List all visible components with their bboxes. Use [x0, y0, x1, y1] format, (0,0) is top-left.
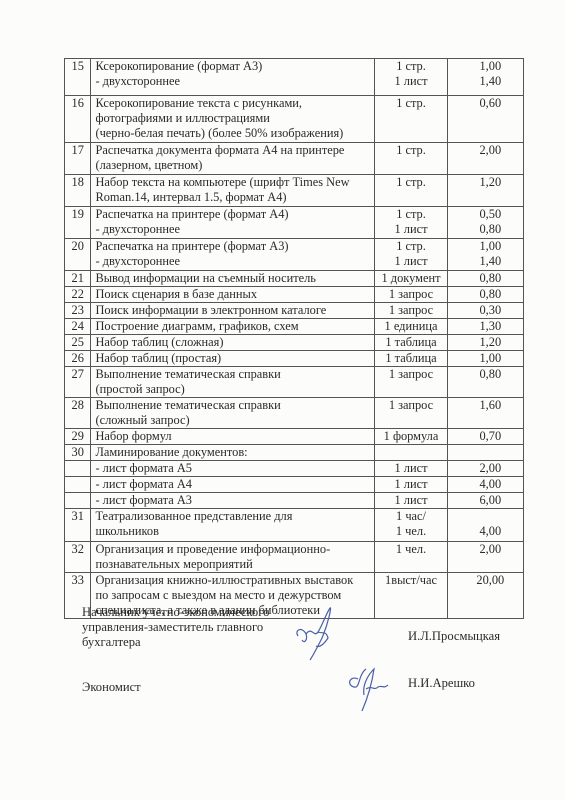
- service-name: Распечатка документа формата А4 на принт…: [91, 143, 375, 175]
- unit-of-measure: [375, 445, 447, 461]
- unit-of-measure-line: 1 документ: [377, 271, 444, 286]
- service-name-line: Ламинирование документов:: [95, 445, 370, 460]
- unit-of-measure-line: 1 стр.: [377, 239, 444, 254]
- unit-of-measure: 1 стр.1 лист: [375, 59, 447, 96]
- unit-of-measure: 1 запрос: [375, 398, 447, 429]
- price-value-line: 0,80: [458, 271, 523, 286]
- unit-of-measure: 1 таблица: [375, 335, 447, 351]
- service-name-line: Поиск информации в электронном каталоге: [95, 303, 370, 318]
- document-page: 15Ксерокопирование (формат А3)- двухстор…: [0, 0, 565, 800]
- unit-of-measure: 1 запрос: [375, 367, 447, 398]
- price-value: 0,80: [447, 367, 523, 398]
- unit-of-measure: 1 час/1 чел.: [375, 509, 447, 542]
- unit-of-measure: 1 запрос: [375, 287, 447, 303]
- unit-of-measure-line: 1 таблица: [377, 351, 444, 366]
- table-row: 30Ламинирование документов:: [65, 445, 524, 461]
- service-name: Набор таблиц (сложная): [91, 335, 375, 351]
- row-number: 29: [65, 429, 91, 445]
- unit-of-measure-line: 1 лист: [377, 477, 444, 492]
- price-value: 1,00: [447, 351, 523, 367]
- table-row: 29Набор формул1 формула0,70: [65, 429, 524, 445]
- service-name-line: по запросам с выездом на место и дежурст…: [95, 588, 370, 603]
- price-value-line: 0,80: [458, 222, 523, 237]
- row-number: 30: [65, 445, 91, 461]
- service-name-line: - лист формата А5: [95, 461, 370, 476]
- unit-of-measure-line: 1выст/час: [377, 573, 444, 588]
- service-name-line: (черно-белая печать) (более 50% изображе…: [95, 126, 370, 141]
- price-value: 2,00: [447, 461, 523, 477]
- signatory-2-title: Экономист: [82, 680, 141, 695]
- unit-of-measure-line: 1 час/: [377, 509, 444, 524]
- row-number: 26: [65, 351, 91, 367]
- row-number: [65, 477, 91, 493]
- service-name-line: Выполнение тематическая справки: [95, 398, 370, 413]
- price-value: 0,80: [447, 271, 523, 287]
- price-value: 1,20: [447, 335, 523, 351]
- price-value: 1,20: [447, 175, 523, 207]
- table-row: - лист формата А51 лист2,00: [65, 461, 524, 477]
- service-name: Ксерокопирование текста с рисунками,фото…: [91, 96, 375, 143]
- service-name-line: Распечатка на принтере (формат А4): [95, 207, 370, 222]
- service-name: Ксерокопирование (формат А3)- двухсторон…: [91, 59, 375, 96]
- table-row: 27Выполнение тематическая справки(просто…: [65, 367, 524, 398]
- row-number: [65, 493, 91, 509]
- price-value-line: 0,70: [458, 429, 523, 444]
- service-name-line: Ксерокопирование текста с рисунками,: [95, 96, 370, 111]
- row-number: 28: [65, 398, 91, 429]
- row-number: [65, 461, 91, 477]
- unit-of-measure: 1 лист: [375, 461, 447, 477]
- unit-of-measure: 1 единица: [375, 319, 447, 335]
- price-value-line: 1,00: [458, 59, 523, 74]
- row-number: 31: [65, 509, 91, 542]
- unit-of-measure: 1 формула: [375, 429, 447, 445]
- service-name-line: - лист формата А4: [95, 477, 370, 492]
- price-value-line: 1,40: [458, 254, 523, 269]
- service-name-line: Roman.14, интервал 1.5, формат А4): [95, 190, 370, 205]
- table-row: - лист формата А41 лист4,00: [65, 477, 524, 493]
- unit-of-measure: 1 стр.: [375, 175, 447, 207]
- price-value: 1,001,40: [447, 59, 523, 96]
- service-name-line: Поиск сценария в базе данных: [95, 287, 370, 302]
- service-name-line: школьников: [95, 524, 370, 539]
- row-number: 17: [65, 143, 91, 175]
- price-value: [447, 445, 523, 461]
- price-value-line: [458, 445, 523, 460]
- signatory-1-title-line: бухгалтера: [82, 635, 292, 650]
- unit-of-measure-line: 1 лист: [377, 461, 444, 476]
- table-row: 26Набор таблиц (простая)1 таблица1,00: [65, 351, 524, 367]
- unit-of-measure-line: 1 лист: [377, 493, 444, 508]
- unit-of-measure: 1 стр.: [375, 96, 447, 143]
- service-name-line: Набор таблиц (сложная): [95, 335, 370, 350]
- table-row: - лист формата А31 лист6,00: [65, 493, 524, 509]
- service-name: Набор текста на компьютере (шрифт Times …: [91, 175, 375, 207]
- service-name-line: - двухстороннее: [95, 222, 370, 237]
- unit-of-measure: 1 документ: [375, 271, 447, 287]
- table-row: 21Вывод информации на съемный носитель1 …: [65, 271, 524, 287]
- table-row: 28Выполнение тематическая справки(сложны…: [65, 398, 524, 429]
- service-name: Вывод информации на съемный носитель: [91, 271, 375, 287]
- signatory-1-title-line: управления-заместитель главного: [82, 620, 292, 635]
- row-number: 27: [65, 367, 91, 398]
- unit-of-measure: 1 стр.1 лист: [375, 239, 447, 271]
- price-value-line: 2,00: [458, 542, 523, 557]
- service-name-line: Набор текста на компьютере (шрифт Times …: [95, 175, 370, 190]
- price-value-line: 0,30: [458, 303, 523, 318]
- signatory-2-name: Н.И.Арешко: [408, 676, 475, 691]
- price-value-line: 4,00: [458, 477, 523, 492]
- unit-of-measure-line: 1 запрос: [377, 287, 444, 302]
- service-name: - лист формата А4: [91, 477, 375, 493]
- service-name-line: (сложный запрос): [95, 413, 370, 428]
- price-value-line: 1,30: [458, 319, 523, 334]
- unit-of-measure-line: 1 лист: [377, 222, 444, 237]
- signatory-1-title-line: Начальник учетно-экономического: [82, 605, 292, 620]
- service-name-line: Набор формул: [95, 429, 370, 444]
- service-name-line: - лист формата А3: [95, 493, 370, 508]
- service-name-line: (лазерном, цветном): [95, 158, 370, 173]
- unit-of-measure-line: 1 стр.: [377, 59, 444, 74]
- service-name: - лист формата А5: [91, 461, 375, 477]
- row-number: 19: [65, 207, 91, 239]
- service-name-line: Организация книжно-иллюстративных выстав…: [95, 573, 370, 588]
- service-name: Организация и проведение информационно-п…: [91, 542, 375, 573]
- price-value-line: 1,20: [458, 335, 523, 350]
- price-value-line: 0,50: [458, 207, 523, 222]
- price-value: 2,00: [447, 542, 523, 573]
- price-value-line: 20,00: [458, 573, 523, 588]
- unit-of-measure-line: 1 запрос: [377, 367, 444, 382]
- service-name: Распечатка на принтере (формат А4)- двух…: [91, 207, 375, 239]
- unit-of-measure: 1 лист: [375, 493, 447, 509]
- price-value: 20,00: [447, 573, 523, 619]
- price-value: 4,00: [447, 477, 523, 493]
- row-number: 32: [65, 542, 91, 573]
- table-row: 31Театрализованное представление дляшкол…: [65, 509, 524, 542]
- price-value-line: 2,00: [458, 461, 523, 476]
- price-value: 1,30: [447, 319, 523, 335]
- table-row: 25Набор таблиц (сложная)1 таблица1,20: [65, 335, 524, 351]
- service-name-line: Театрализованное представление для: [95, 509, 370, 524]
- price-value: 4,00: [447, 509, 523, 542]
- table-row: 18Набор текста на компьютере (шрифт Time…: [65, 175, 524, 207]
- unit-of-measure-line: 1 формула: [377, 429, 444, 444]
- price-value: 6,00: [447, 493, 523, 509]
- unit-of-measure: 1 стр.: [375, 143, 447, 175]
- service-name-line: Построение диаграмм, графиков, схем: [95, 319, 370, 334]
- service-name: Поиск информации в электронном каталоге: [91, 303, 375, 319]
- service-name-line: - двухстороннее: [95, 254, 370, 269]
- signatory-1-name: И.Л.Просмыцкая: [408, 629, 500, 644]
- price-value: 0,500,80: [447, 207, 523, 239]
- unit-of-measure-line: 1 стр.: [377, 207, 444, 222]
- unit-of-measure: 1 запрос: [375, 303, 447, 319]
- unit-of-measure: 1 стр.1 лист: [375, 207, 447, 239]
- price-value-line: 1,00: [458, 351, 523, 366]
- unit-of-measure-line: 1 чел.: [377, 524, 444, 539]
- unit-of-measure-line: 1 единица: [377, 319, 444, 334]
- service-name: Набор формул: [91, 429, 375, 445]
- service-name-line: Распечатка на принтере (формат А3): [95, 239, 370, 254]
- price-value-line: 1,40: [458, 74, 523, 89]
- row-number: 21: [65, 271, 91, 287]
- table-row: 22Поиск сценария в базе данных1 запрос0,…: [65, 287, 524, 303]
- unit-of-measure-line: 1 стр.: [377, 175, 444, 190]
- unit-of-measure: 1 таблица: [375, 351, 447, 367]
- price-table-body: 15Ксерокопирование (формат А3)- двухстор…: [65, 59, 524, 619]
- service-name-line: Организация и проведение информационно-: [95, 542, 370, 557]
- table-row: 23Поиск информации в электронном каталог…: [65, 303, 524, 319]
- service-name: Набор таблиц (простая): [91, 351, 375, 367]
- table-row: 24Построение диаграмм, графиков, схем1 е…: [65, 319, 524, 335]
- price-value-line: 0,80: [458, 287, 523, 302]
- unit-of-measure-line: [377, 445, 444, 460]
- table-row: 16Ксерокопирование текста с рисунками,фо…: [65, 96, 524, 143]
- row-number: 25: [65, 335, 91, 351]
- table-row: 19Распечатка на принтере (формат А4)- дв…: [65, 207, 524, 239]
- unit-of-measure-line: 1 таблица: [377, 335, 444, 350]
- table-row: 17Распечатка документа формата А4 на при…: [65, 143, 524, 175]
- price-value-line: 6,00: [458, 493, 523, 508]
- row-number: 22: [65, 287, 91, 303]
- price-value: 0,60: [447, 96, 523, 143]
- price-value-line: 1,60: [458, 398, 523, 413]
- service-name-line: (простой запрос): [95, 382, 370, 397]
- unit-of-measure: 1 чел.: [375, 542, 447, 573]
- service-name: Выполнение тематическая справки(сложный …: [91, 398, 375, 429]
- service-name: Театрализованное представление дляшкольн…: [91, 509, 375, 542]
- unit-of-measure-line: 1 лист: [377, 74, 444, 89]
- price-value-line: [458, 509, 523, 524]
- service-name-line: познавательных мероприятий: [95, 557, 370, 572]
- service-name-line: Выполнение тематическая справки: [95, 367, 370, 382]
- price-value: 0,70: [447, 429, 523, 445]
- service-name: Построение диаграмм, графиков, схем: [91, 319, 375, 335]
- price-value: 0,30: [447, 303, 523, 319]
- price-value-line: 2,00: [458, 143, 523, 158]
- unit-of-measure-line: 1 стр.: [377, 96, 444, 111]
- price-value-line: 1,20: [458, 175, 523, 190]
- unit-of-measure-line: 1 чел.: [377, 542, 444, 557]
- unit-of-measure-line: 1 запрос: [377, 398, 444, 413]
- service-name: Выполнение тематическая справки(простой …: [91, 367, 375, 398]
- unit-of-measure: 1выст/час: [375, 573, 447, 619]
- unit-of-measure-line: 1 запрос: [377, 303, 444, 318]
- price-value: 1,001,40: [447, 239, 523, 271]
- service-name-line: Вывод информации на съемный носитель: [95, 271, 370, 286]
- service-name-line: Набор таблиц (простая): [95, 351, 370, 366]
- unit-of-measure: 1 лист: [375, 477, 447, 493]
- row-number: 16: [65, 96, 91, 143]
- price-value: 0,80: [447, 287, 523, 303]
- price-value-line: 0,80: [458, 367, 523, 382]
- row-number: 20: [65, 239, 91, 271]
- price-value-line: 0,60: [458, 96, 523, 111]
- table-row: 15Ксерокопирование (формат А3)- двухстор…: [65, 59, 524, 96]
- row-number: 24: [65, 319, 91, 335]
- price-value-line: 4,00: [458, 524, 523, 539]
- table-row: 32Организация и проведение информационно…: [65, 542, 524, 573]
- service-name-line: Ксерокопирование (формат А3): [95, 59, 370, 74]
- signature-1-icon: [292, 604, 336, 662]
- row-number: 23: [65, 303, 91, 319]
- row-number: 18: [65, 175, 91, 207]
- signature-2-icon: [344, 665, 394, 715]
- unit-of-measure-line: 1 лист: [377, 254, 444, 269]
- unit-of-measure-line: 1 стр.: [377, 143, 444, 158]
- price-value: 1,60: [447, 398, 523, 429]
- service-name-line: фотографиями и иллюстрациями: [95, 111, 370, 126]
- price-value-line: 1,00: [458, 239, 523, 254]
- service-name-line: Распечатка документа формата А4 на принт…: [95, 143, 370, 158]
- row-number: 15: [65, 59, 91, 96]
- price-value: 2,00: [447, 143, 523, 175]
- service-name: - лист формата А3: [91, 493, 375, 509]
- service-name: Ламинирование документов:: [91, 445, 375, 461]
- service-name-line: - двухстороннее: [95, 74, 370, 89]
- service-name: Поиск сценария в базе данных: [91, 287, 375, 303]
- service-name: Распечатка на принтере (формат А3)- двух…: [91, 239, 375, 271]
- price-table: 15Ксерокопирование (формат А3)- двухстор…: [64, 58, 524, 619]
- signatory-1-title: Начальник учетно-экономического управлен…: [82, 605, 292, 650]
- table-row: 20Распечатка на принтере (формат А3)- дв…: [65, 239, 524, 271]
